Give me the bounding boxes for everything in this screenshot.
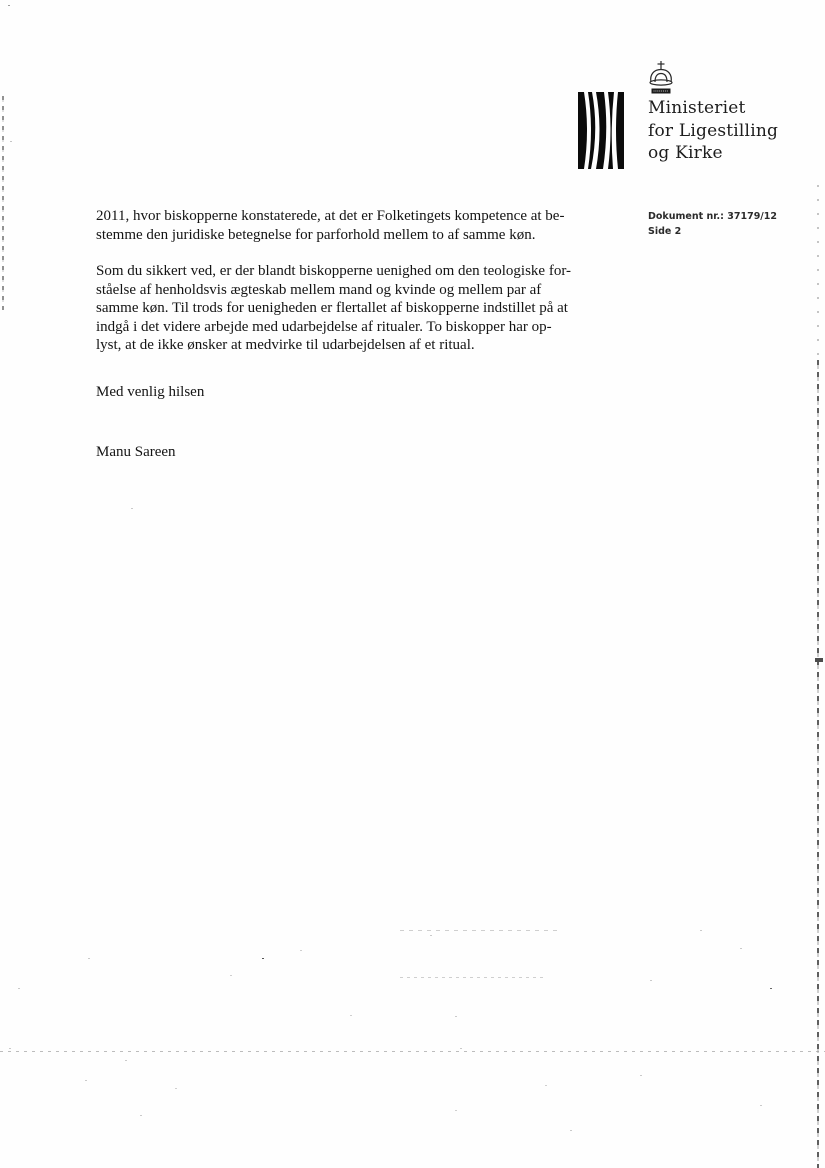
body-line: lyst, at de ikke ønsker at medvirke til … [96,336,616,355]
scan-artifact-right-edge-sparse [817,185,819,360]
paragraph-1: 2011, hvor biskopperne konstaterede, at … [96,207,616,244]
letter-body: 2011, hvor biskopperne konstaterede, at … [96,207,616,462]
body-line: ståelse af henholdsvis ægteskab mellem m… [96,281,616,300]
page-number: Side 2 [648,224,777,239]
signature-name: Manu Sareen [96,443,616,462]
document-number: Dokument nr.: 37179/12 [648,209,777,224]
closing-salutation: Med venlig hilsen [96,383,616,402]
body-line: samme køn. Til trods for uenigheden er f… [96,299,616,318]
body-line: stemme den juridiske betegnelse for parf… [96,226,616,245]
scan-artifact-left-edge-line [2,96,4,310]
scan-artifact-dotted-segment [400,977,545,978]
ministry-name: Ministeriet for Ligestilling og Kirke [648,97,778,165]
scan-artifact-right-edge-line [817,360,819,1168]
document-meta: Dokument nr.: 37179/12 Side 2 [648,209,777,239]
ministry-logo-icon [578,92,624,169]
scan-artifact-horizontal-dotted-line [0,1051,825,1052]
scan-noise-specks [0,0,2,1]
body-line: Som du sikkert ved, er der blandt biskop… [96,262,616,281]
ministry-name-line-3: og Kirke [648,142,778,165]
scan-artifact-dotted-segment [400,930,560,931]
crown-icon [644,60,678,98]
paragraph-2: Som du sikkert ved, er der blandt biskop… [96,262,616,355]
scan-artifact-right-dash [815,658,823,662]
scanned-letter-page: Ministeriet for Ligestilling og Kirke Do… [0,0,825,1168]
ministry-name-line-2: for Ligestilling [648,120,778,143]
ministry-name-line-1: Ministeriet [648,97,778,120]
body-line: indgå i det videre arbejde med udarbejde… [96,318,616,337]
body-line: 2011, hvor biskopperne konstaterede, at … [96,207,616,226]
